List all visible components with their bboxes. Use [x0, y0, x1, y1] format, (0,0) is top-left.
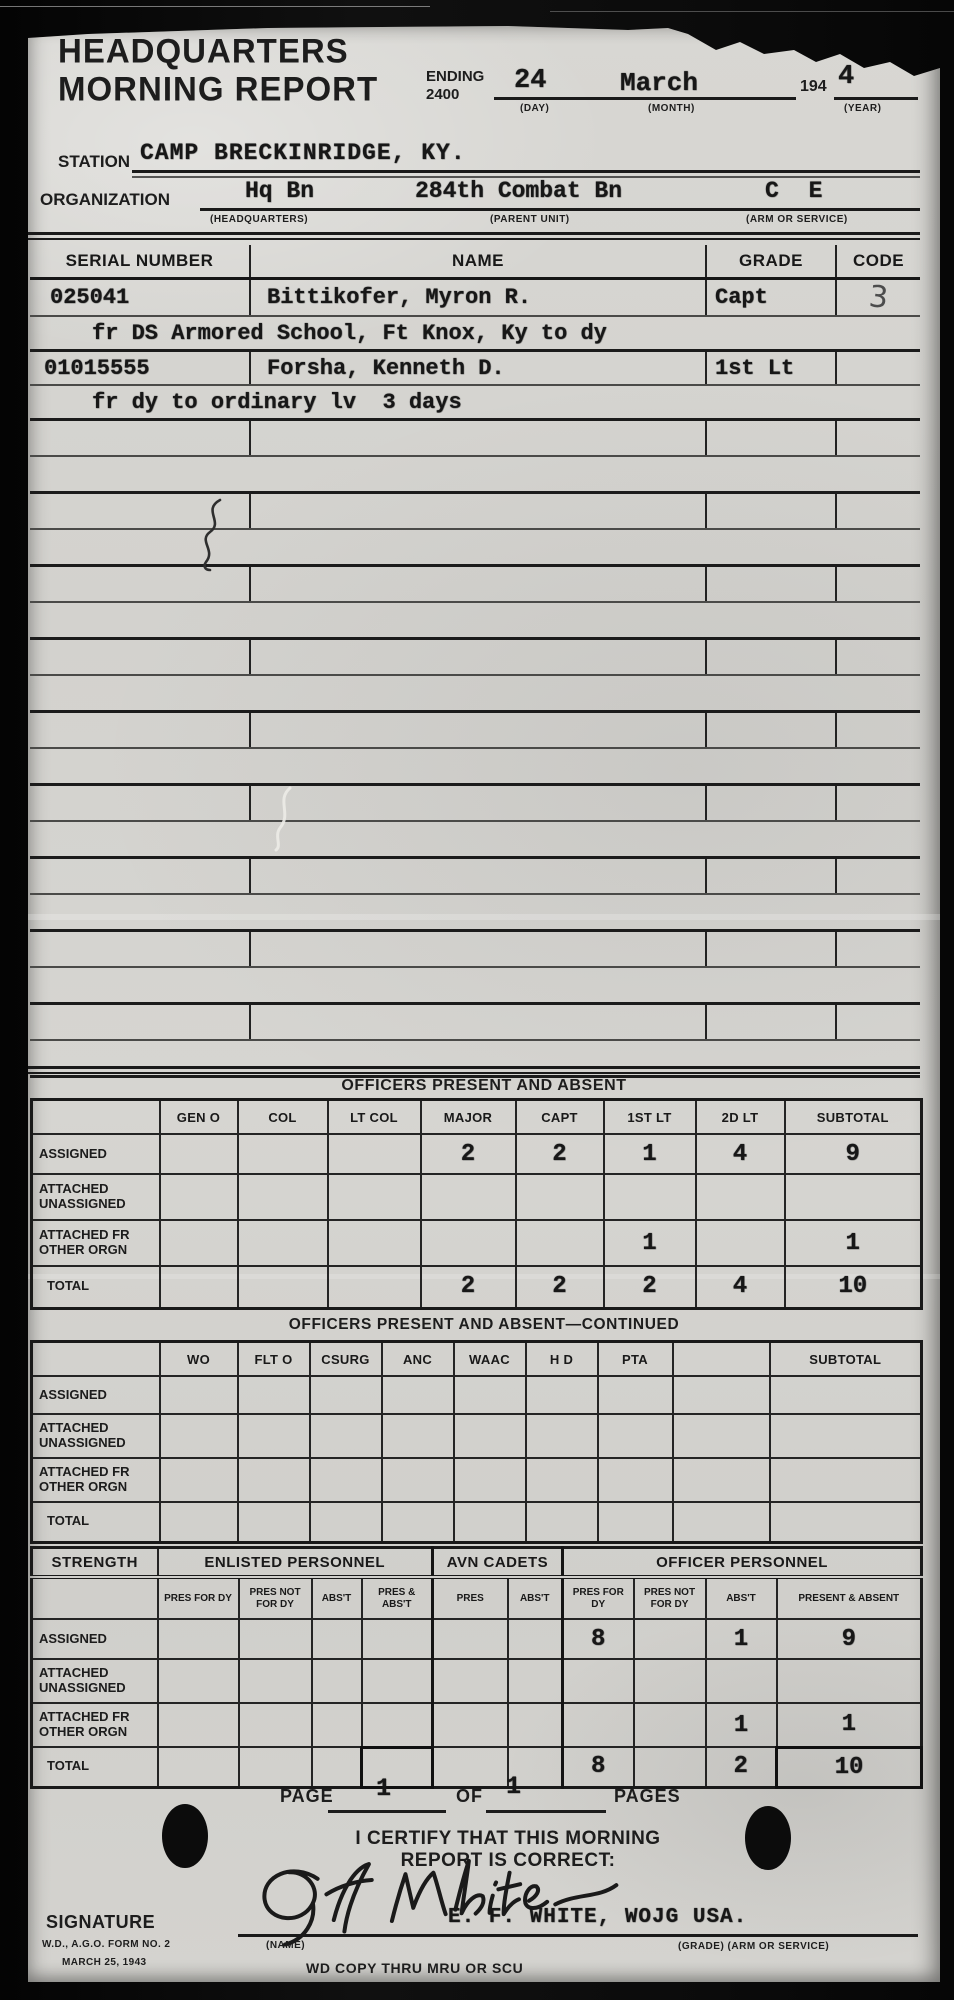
year-value: 4	[838, 62, 854, 92]
col-major: MAJOR	[421, 1100, 516, 1135]
officers-row-assigned: ASSIGNED 2 2 1 4 9	[32, 1134, 922, 1174]
col-enl-pres-not-for-dy: PRES NOT FOR DY	[239, 1577, 312, 1619]
roster-empty-row	[30, 566, 920, 603]
year-underline	[834, 97, 918, 100]
roster-empty-remark	[30, 602, 920, 639]
roster-empty-row	[30, 858, 920, 895]
col-capt: CAPT	[516, 1100, 604, 1135]
col-col: COL	[238, 1100, 328, 1135]
ending-time: 2400	[426, 86, 459, 103]
group-officer-personnel: OFFICER PERSONNEL	[563, 1548, 922, 1578]
col-h-d: H D	[526, 1342, 598, 1377]
of-label: OF	[456, 1786, 483, 1807]
page-value: 1	[376, 1774, 391, 1803]
organization-arm-value: C E	[765, 178, 830, 204]
serial-value: 025041	[30, 279, 250, 317]
roster-empty-row	[30, 785, 920, 822]
cont-header-row: WO FLT O CSURG ANC WAAC H D PTA SUBTOTAL	[32, 1342, 922, 1377]
signature-typed-name: E. F. WHITE, WOJG USA.	[448, 1906, 747, 1929]
roster-header-row: SERIAL NUMBER NAME GRADE CODE	[30, 245, 920, 279]
strength-row-attached-unassigned: ATTACHED UNASSIGNED	[32, 1659, 922, 1703]
roster-empty-remark	[30, 821, 920, 858]
col-blank	[673, 1342, 770, 1377]
code-value: 3	[836, 279, 920, 317]
col-csurg: CSURG	[310, 1342, 382, 1377]
group-avn-cadets: AVN CADETS	[433, 1548, 563, 1578]
pages-value: 1	[506, 1772, 521, 1801]
organization-hq-caption: (HEADQUARTERS)	[210, 214, 308, 225]
form-title-line2: MORNING REPORT	[58, 69, 378, 109]
month-underline	[616, 97, 796, 100]
section-rule	[28, 1066, 920, 1069]
col-1st-lt: 1ST LT	[604, 1100, 696, 1135]
col-anc: ANC	[382, 1342, 454, 1377]
name-value: Forsha, Kenneth D.	[250, 351, 706, 386]
col-gen-o: GEN O	[160, 1100, 238, 1135]
roster-empty-row	[30, 712, 920, 749]
film-scratch	[550, 11, 954, 12]
signature-name-caption: (NAME)	[266, 1940, 305, 1951]
section-rule	[28, 232, 920, 235]
ending-label: ENDING	[426, 68, 484, 85]
col-avn-pres: PRES	[433, 1577, 508, 1619]
cont-row-attached-fr-other: ATTACHED FR OTHER ORGN	[32, 1458, 922, 1502]
roster-empty-remark	[30, 894, 920, 931]
code-value	[836, 351, 920, 386]
year-prefix: 194	[800, 78, 827, 96]
roster-remark-row: fr DS Armored School, Ft Knox, Ky to dy	[30, 316, 920, 351]
officers-row-attached-unassigned: ATTACHED UNASSIGNED	[32, 1174, 922, 1220]
form-number: W.D., A.G.O. FORM NO. 2	[42, 1939, 170, 1950]
col-enl-pres-for-dy: PRES FOR DY	[158, 1577, 239, 1619]
roster-table: SERIAL NUMBER NAME GRADE CODE 025041 Bit…	[30, 245, 920, 1078]
roster-empty-remark	[30, 529, 920, 566]
pages-label: PAGES	[614, 1786, 681, 1807]
pages-underline	[486, 1810, 606, 1813]
page-underline	[328, 1810, 446, 1813]
col-off-abst: ABS'T	[706, 1577, 777, 1619]
strength-corner-label: STRENGTH	[32, 1548, 158, 1578]
grade-value: 1st Lt	[706, 351, 836, 386]
white-scratch-mark	[268, 784, 298, 854]
strength-row-attached-fr-other: ATTACHED FR OTHER ORGN 1 1	[32, 1703, 922, 1747]
roster-entry-row: 025041 Bittikofer, Myron R. Capt 3	[30, 279, 920, 317]
officers-present-absent-table: GEN O COL LT COL MAJOR CAPT 1ST LT 2D LT…	[30, 1098, 923, 1310]
roster-empty-row	[30, 1004, 920, 1041]
remark-value: fr dy to ordinary lv 3 days	[30, 385, 920, 420]
film-scratch	[0, 6, 430, 7]
grade-value: Capt	[706, 279, 836, 317]
code-header: CODE	[836, 245, 920, 279]
month-value: March	[620, 68, 698, 98]
strength-table: STRENGTH ENLISTED PERSONNEL AVN CADETS O…	[30, 1546, 923, 1789]
organization-label: ORGANIZATION	[40, 190, 170, 210]
photo-backdrop: HEADQUARTERS MORNING REPORT ENDING 2400 …	[0, 0, 954, 2000]
cont-row-assigned: ASSIGNED	[32, 1376, 922, 1414]
officers-table-title: OFFICERS PRESENT AND ABSENT	[28, 1077, 940, 1095]
distribution-note: WD COPY THRU MRU OR SCU	[306, 1960, 523, 1976]
strength-row-assigned: ASSIGNED 8 1 9	[32, 1619, 922, 1659]
name-value: Bittikofer, Myron R.	[250, 279, 706, 317]
name-header: NAME	[250, 245, 706, 279]
organization-underline	[200, 208, 920, 211]
organization-parent-caption: (PARENT UNIT)	[490, 214, 570, 225]
year-caption: (YEAR)	[844, 103, 881, 114]
roster-entry-row: 01015555 Forsha, Kenneth D. 1st Lt	[30, 351, 920, 386]
section-rule	[28, 238, 920, 240]
signature-grade-caption: (GRADE) (ARM OR SERVICE)	[678, 1941, 829, 1952]
roster-empty-remark	[30, 675, 920, 712]
col-lt-col: LT COL	[328, 1100, 421, 1135]
serial-number-header: SERIAL NUMBER	[30, 245, 250, 279]
page-label: PAGE	[280, 1786, 334, 1807]
officers-continued-table: WO FLT O CSURG ANC WAAC H D PTA SUBTOTAL…	[30, 1340, 923, 1544]
col-enl-pres-abst: PRES & ABS'T	[362, 1577, 433, 1619]
officers-row-total: TOTAL 2 2 2 4 10	[32, 1266, 922, 1308]
officers-header-row: GEN O COL LT COL MAJOR CAPT 1ST LT 2D LT…	[32, 1100, 922, 1135]
group-enlisted-personnel: ENLISTED PERSONNEL	[158, 1548, 433, 1578]
col-subtotal: SUBTOTAL	[770, 1342, 922, 1377]
strength-group-row: STRENGTH ENLISTED PERSONNEL AVN CADETS O…	[32, 1548, 922, 1578]
day-value: 24	[514, 66, 546, 96]
cont-row-total: TOTAL	[32, 1502, 922, 1542]
pencil-code: 3	[867, 279, 890, 316]
remark-value: fr DS Armored School, Ft Knox, Ky to dy	[30, 316, 920, 351]
strength-subheader-row: PRES FOR DY PRES NOT FOR DY ABS'T PRES &…	[32, 1577, 922, 1619]
col-subtotal: SUBTOTAL	[785, 1100, 922, 1135]
roster-empty-remark	[30, 967, 920, 1004]
morning-report-form: HEADQUARTERS MORNING REPORT ENDING 2400 …	[28, 24, 940, 1982]
roster-empty-row	[30, 931, 920, 968]
col-wo: WO	[160, 1342, 238, 1377]
col-off-pres-for-dy: PRES FOR DY	[563, 1577, 634, 1619]
stray-ink-mark	[196, 496, 230, 574]
col-2d-lt: 2D LT	[696, 1100, 785, 1135]
day-caption: (DAY)	[520, 103, 549, 114]
punch-hole	[162, 1804, 208, 1868]
organization-arm-caption: (ARM OR SERVICE)	[746, 214, 848, 225]
signature-line	[238, 1934, 918, 1937]
station-underline	[132, 170, 920, 173]
roster-empty-row	[30, 639, 920, 676]
col-off-present-absent: PRESENT & ABSENT	[777, 1577, 922, 1619]
col-enl-abst: ABS'T	[312, 1577, 362, 1619]
officers-row-attached-fr-other: ATTACHED FR OTHER ORGN 1 1	[32, 1220, 922, 1266]
month-caption: (MONTH)	[648, 103, 695, 114]
roster-empty-row	[30, 493, 920, 530]
roster-remark-row: fr dy to ordinary lv 3 days	[30, 385, 920, 420]
station-label: STATION	[58, 152, 130, 172]
form-title-line1: HEADQUARTERS	[58, 31, 349, 71]
col-off-pres-not-for-dy: PRES NOT FOR DY	[634, 1577, 706, 1619]
organization-parent-value: 284th Combat Bn	[415, 178, 622, 204]
form-date: MARCH 25, 1943	[62, 1957, 147, 1968]
day-underline	[494, 97, 622, 100]
roster-empty-remark	[30, 748, 920, 785]
col-avn-abst: ABS'T	[508, 1577, 563, 1619]
roster-empty-remark	[30, 456, 920, 493]
serial-value: 01015555	[30, 351, 250, 386]
strength-row-total: TOTAL 8 2 10	[32, 1747, 922, 1787]
punch-hole	[745, 1806, 791, 1870]
roster-empty-row	[30, 420, 920, 457]
signature-label: SIGNATURE	[46, 1912, 155, 1933]
grade-header: GRADE	[706, 245, 836, 279]
station-value: CAMP BRECKINRIDGE, KY.	[140, 140, 466, 166]
col-flt-o: FLT O	[238, 1342, 310, 1377]
col-pta: PTA	[598, 1342, 673, 1377]
officers-cont-title: OFFICERS PRESENT AND ABSENT—CONTINUED	[28, 1316, 940, 1334]
cont-row-attached-unassigned: ATTACHED UNASSIGNED	[32, 1414, 922, 1458]
organization-hq-value: Hq Bn	[245, 178, 314, 204]
col-waac: WAAC	[454, 1342, 526, 1377]
section-rule	[28, 1072, 920, 1074]
